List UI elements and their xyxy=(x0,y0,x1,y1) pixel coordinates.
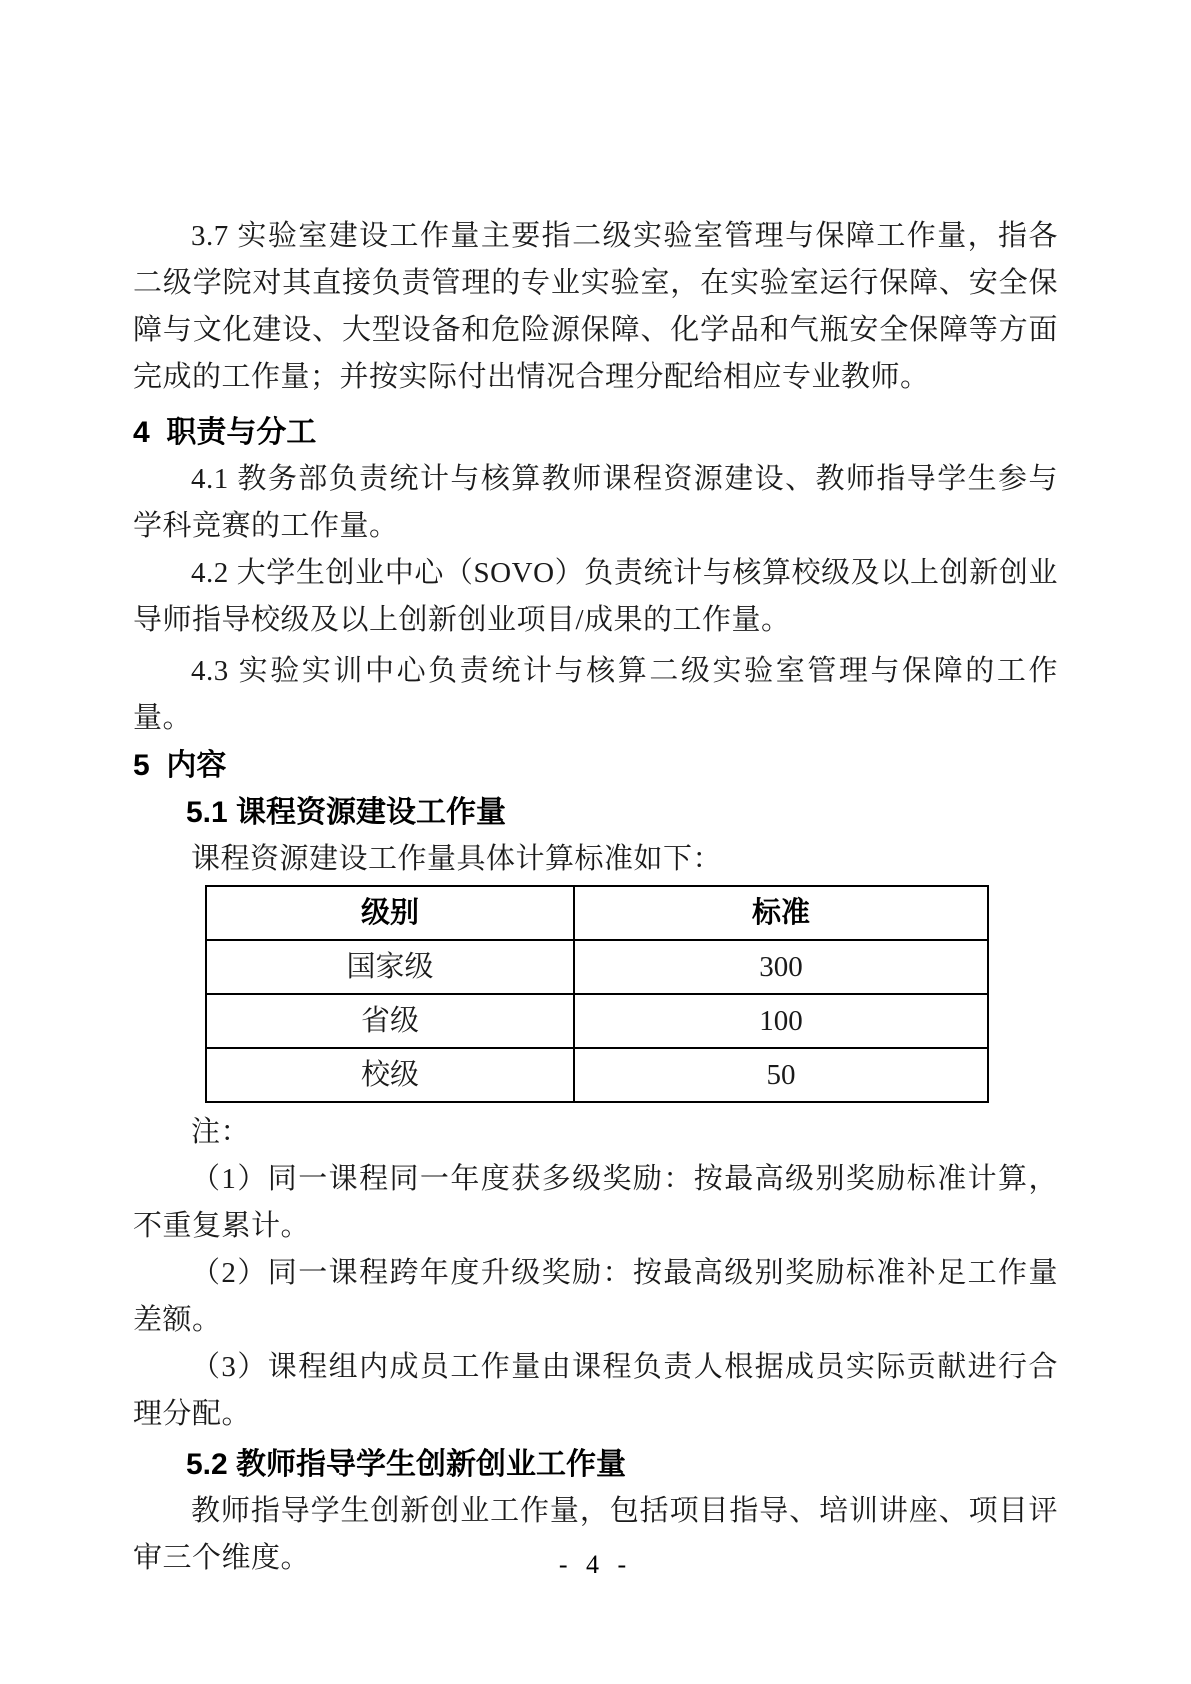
section-heading-5-2: 5.2 教师指导学生创新创业工作量 xyxy=(133,1441,1058,1488)
table-cell-level-school: 校级 xyxy=(206,1048,574,1102)
table-cell-level-province: 省级 xyxy=(206,994,574,1048)
table-cell-standard-national: 300 xyxy=(574,940,988,994)
section-heading-5: 5 内容 xyxy=(133,742,1058,789)
section-heading-4: 4 职责与分工 xyxy=(133,409,1058,456)
table-cell-level-national: 国家级 xyxy=(206,940,574,994)
paragraph-3-7: 3.7 实验室建设工作量主要指二级实验室管理与保障工作量，指各二级学院对其直接负… xyxy=(133,213,1058,401)
table-intro-line: 课程资源建设工作量具体计算标准如下： xyxy=(133,836,1058,883)
table-cell-standard-school: 50 xyxy=(574,1048,988,1102)
table-row: 国家级 300 xyxy=(206,940,988,994)
note-item-3: （3）课程组内成员工作量由课程负责人根据成员实际贡献进行合理分配。 xyxy=(133,1344,1058,1438)
paragraph-4-2: 4.2 大学生创业中心（SOVO）负责统计与核算校级及以上创新创业导师指导校级及… xyxy=(133,550,1058,644)
table-header-level: 级别 xyxy=(206,886,574,940)
table-cell-standard-province: 100 xyxy=(574,994,988,1048)
paragraph-4-1: 4.1 教务部负责统计与核算教师课程资源建设、教师指导学生参与学科竞赛的工作量。 xyxy=(133,456,1058,550)
paragraph-4-3: 4.3 实验实训中心负责统计与核算二级实验室管理与保障的工作量。 xyxy=(133,648,1058,742)
table-header-row: 级别 标准 xyxy=(206,886,988,940)
table-header-standard: 标准 xyxy=(574,886,988,940)
note-item-2: （2）同一课程跨年度升级奖励：按最高级别奖励标准补足工作量差额。 xyxy=(133,1250,1058,1344)
section-heading-5-1: 5.1 课程资源建设工作量 xyxy=(133,789,1058,836)
table-row: 省级 100 xyxy=(206,994,988,1048)
notes-label: 注： xyxy=(133,1109,1058,1156)
page-number: - 4 - xyxy=(0,1548,1191,1582)
standards-table: 级别 标准 国家级 300 省级 100 校级 50 xyxy=(205,885,989,1103)
table-row: 校级 50 xyxy=(206,1048,988,1102)
note-item-1: （1）同一课程同一年度获多级奖励：按最高级别奖励标准计算，不重复累计。 xyxy=(133,1156,1058,1250)
document-page: 3.7 实验室建设工作量主要指二级实验室管理与保障工作量，指各二级学院对其直接负… xyxy=(0,0,1191,1684)
